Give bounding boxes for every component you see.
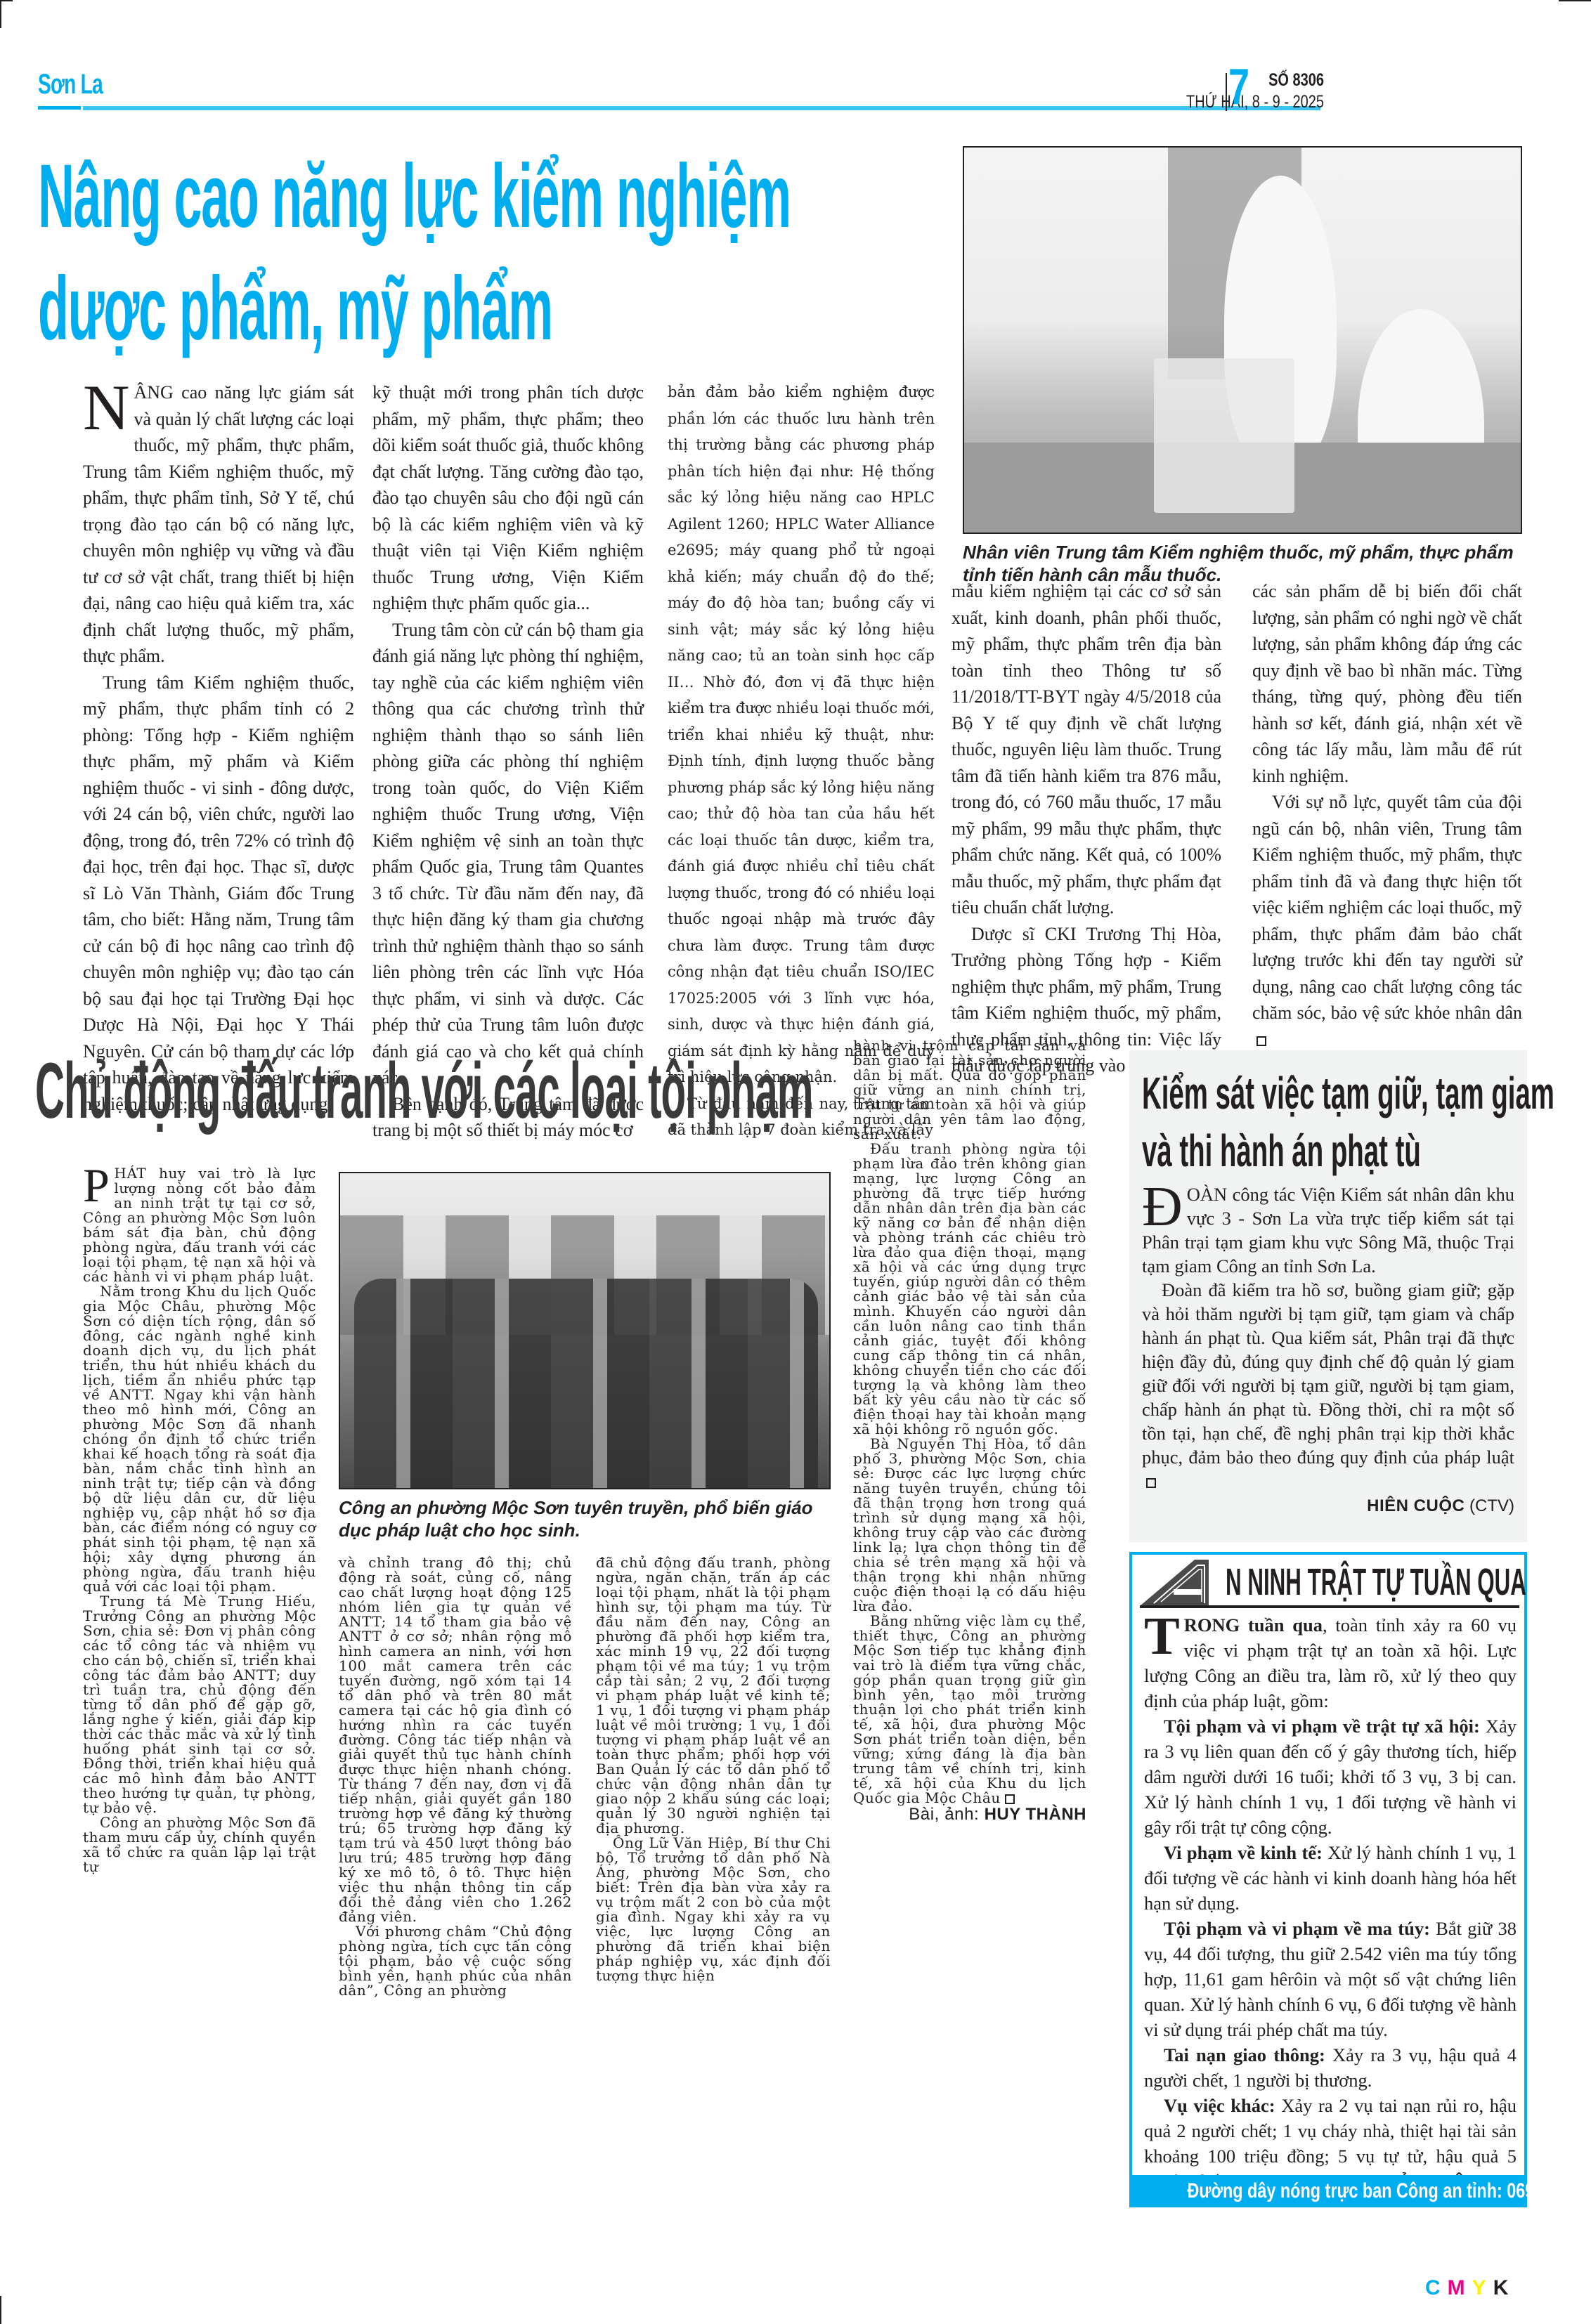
headline-line: Nâng cao năng lực kiểm nghiệm <box>38 141 791 253</box>
list-item: Tội phạm và vi phạm về ma túy: Bắt giữ 3… <box>1144 1916 1517 2042</box>
issue-separator <box>1226 73 1227 111</box>
paragraph: các sản phẩm dễ bị biến đổi chất lượng, … <box>1252 578 1522 789</box>
article3-headline: Kiểm sát việc tạm giữ, tạm giam và thi h… <box>1142 1064 1554 1180</box>
paragraph: Với sự nỗ lực, quyết tâm của đội ngũ cán… <box>1252 789 1522 1052</box>
paragraph: Bằng những việc làm cụ thể, thiết thực, … <box>853 1614 1086 1806</box>
paragraph: đã chủ động đấu tranh, phòng ngừa, ngăn … <box>596 1555 831 1836</box>
cmyk-y: Y <box>1472 2276 1493 2299</box>
headline-line: và thi hành án phạt tù <box>1142 1122 1554 1180</box>
article2-column-2: và chỉnh trang đô thị; chủ động rà soát,… <box>339 1555 572 1998</box>
article2-column-4: hành vi trộm cắp tài sản và bàn giao lại… <box>853 1038 1086 1822</box>
paragraph: mẫu kiểm nghiệm tại các cơ sở sản xuất, … <box>952 578 1221 921</box>
cmyk-m: M <box>1448 2276 1472 2299</box>
hotline-text: Đường dây nóng trực ban Công an tỉnh: 06… <box>1187 2175 1591 2207</box>
end-mark-icon <box>1146 1478 1156 1488</box>
paragraph: Với phương châm “Chủ động phòng ngừa, tí… <box>339 1924 572 1998</box>
crop-mark <box>0 0 13 1</box>
paragraph: Công an phường Mộc Sơn đã tham mưu cấp ủ… <box>83 1815 316 1874</box>
article1-headline: Nâng cao năng lực kiểm nghiệm dược phẩm,… <box>38 141 791 365</box>
drop-cap: N <box>83 382 129 433</box>
paragraph: Đoàn đã kiểm tra hồ sơ, buồng giam giữ; … <box>1142 1278 1514 1493</box>
paragraph: Bà Nguyễn Thị Hòa, tổ dân phố 3, phường … <box>853 1437 1086 1614</box>
paragraph: hành vi trộm cắp tài sản và bàn giao lại… <box>853 1038 1086 1142</box>
antt-logo-icon <box>1140 1558 1224 1607</box>
section-label: Sơn La <box>38 69 103 100</box>
cmyk-marks: CMYK <box>1425 2276 1515 2300</box>
section-rule <box>83 106 1320 110</box>
article2-column-1: PHÁT huy vai trò là lực lượng nòng cốt b… <box>83 1166 316 1874</box>
security-weekly-body: TRONG tuần qua, toàn tỉnh xảy ra 60 vụ v… <box>1144 1612 1517 2195</box>
paragraph: PHÁT huy vai trò là lực lượng nòng cốt b… <box>83 1166 316 1284</box>
headline-line: dược phẩm, mỹ phẩm <box>38 253 791 365</box>
list-item: Tai nạn giao thông: Xảy ra 3 vụ, hậu quả… <box>1144 2042 1517 2093</box>
article1-column-4: mẫu kiểm nghiệm tại các cơ sở sản xuất, … <box>952 578 1221 1079</box>
paragraph: Trung tâm còn cử cán bộ tham gia đánh gi… <box>372 617 644 1091</box>
end-mark-icon <box>1256 1036 1266 1046</box>
drop-cap: T <box>1144 1615 1180 1657</box>
paragraph: và chỉnh trang đô thị; chủ động rà soát,… <box>339 1555 572 1924</box>
analytical-balance <box>1154 358 1294 513</box>
paragraph: Ông Lữ Văn Hiệp, Bí thư Chi bộ, Tổ trưởn… <box>596 1836 831 1983</box>
article2-photo-caption: Công an phường Mộc Sơn tuyên truyền, phổ… <box>339 1496 831 1541</box>
paragraph: TRONG tuần qua, toàn tỉnh xảy ra 60 vụ v… <box>1144 1612 1517 1713</box>
lab-photo <box>963 146 1522 534</box>
headline-line: Kiểm sát việc tạm giữ, tạm giam <box>1142 1064 1554 1122</box>
paragraph: NÂNG cao năng lực giám sát và quản lý ch… <box>83 379 354 670</box>
section-rule-short <box>38 106 81 110</box>
paragraph: kỹ thuật mới trong phân tích dược phẩm, … <box>372 379 644 617</box>
hotline-banner: Đường dây nóng trực ban Công an tỉnh: 06… <box>1129 2175 1527 2207</box>
article1-column-5: các sản phẩm dễ bị biến đổi chất lượng, … <box>1252 578 1522 1081</box>
article2-byline: Bài, ảnh: HUY THÀNH <box>853 1807 1086 1822</box>
article2-column-3: đã chủ động đấu tranh, phòng ngừa, ngăn … <box>596 1555 831 1983</box>
crop-mark <box>0 0 1 28</box>
cmyk-k: K <box>1493 2276 1516 2299</box>
security-weekly-rule <box>1140 1605 1519 1608</box>
end-mark-icon <box>1005 1794 1015 1804</box>
article1-column-3: bản đảm bảo kiểm nghiệm được phần lớn cá… <box>668 379 935 1144</box>
crop-mark <box>0 2296 1 2324</box>
list-item: Vi phạm về kinh tế: Xử lý hành chính 1 v… <box>1144 1840 1517 1916</box>
article3-body: ĐOÀN công tác Viện Kiểm sát nhân dân khu… <box>1142 1182 1514 1518</box>
drop-cap: Đ <box>1142 1185 1183 1229</box>
article2-headline: Chủ động đấu tranh với các loại tội phạm <box>35 1045 812 1137</box>
paragraph: Đấu tranh phòng ngừa tội phạm lừa đảo tr… <box>853 1142 1086 1437</box>
paragraph: Nằm trong Khu du lịch Quốc gia Mộc Châu,… <box>83 1284 316 1594</box>
security-weekly-title: N NINH TRẬT TỰ TUẦN QUA <box>1226 1561 1526 1603</box>
crop-mark <box>1559 0 1591 1</box>
page-number: 7 <box>1228 62 1249 112</box>
article1-column-2: kỹ thuật mới trong phân tích dược phẩm, … <box>372 379 644 1144</box>
security-weekly-header: N NINH TRẬT TỰ TUẦN QUA <box>1140 1558 1517 1607</box>
paragraph: Trung tá Mè Trung Hiếu, Trưởng Công an p… <box>83 1594 316 1815</box>
issue-number: SỐ 8306 <box>1186 70 1324 91</box>
article1-column-1: NÂNG cao năng lực giám sát và quản lý ch… <box>83 379 354 1117</box>
article3-byline: HIÊN CUỘC (CTV) <box>1142 1494 1514 1518</box>
drop-cap: P <box>83 1168 110 1203</box>
police-students-photo <box>339 1172 831 1489</box>
paragraph: bản đảm bảo kiểm nghiệm được phần lớn cá… <box>668 379 935 1091</box>
issue-date: THỨ HAI, 8 - 9 - 2025 <box>1186 92 1324 112</box>
group-of-people <box>354 1279 818 1489</box>
paragraph: ĐOÀN công tác Viện Kiểm sát nhân dân khu… <box>1142 1182 1514 1278</box>
list-item: Tội phạm và vi phạm về trật tự xã hội: X… <box>1144 1713 1517 1840</box>
cmyk-c: C <box>1425 2276 1448 2299</box>
